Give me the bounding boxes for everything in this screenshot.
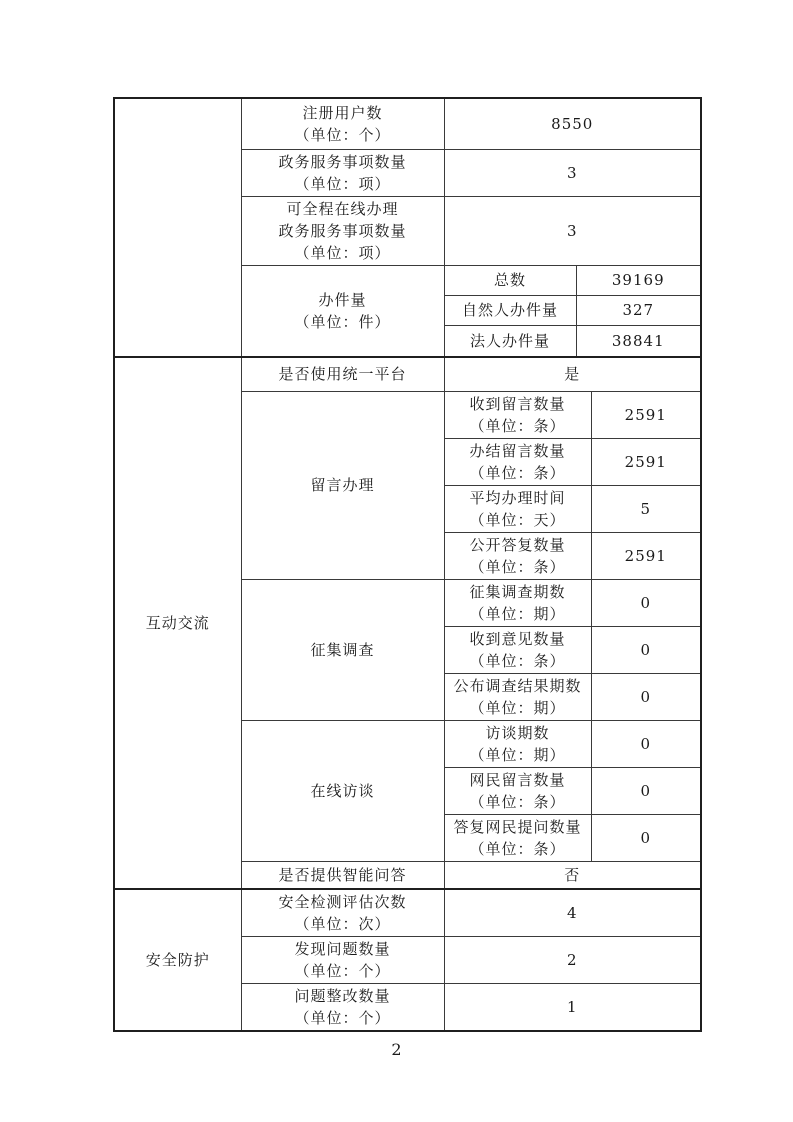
sub-value: 2591 bbox=[591, 391, 701, 438]
sub-label: 答复网民提问数量 bbox=[447, 816, 589, 838]
metric-label: 安全检测评估次数 bbox=[244, 891, 442, 913]
metric-label: 问题整改数量 bbox=[244, 985, 442, 1007]
sub-value: 2591 bbox=[591, 532, 701, 579]
sub-label: 收到留言数量 bbox=[447, 393, 589, 415]
sub-value: 0 bbox=[591, 673, 701, 720]
category-cell bbox=[114, 98, 241, 357]
category-cell: 互动交流 bbox=[114, 357, 241, 889]
metric-label-cell: 可全程在线办理 政务服务事项数量 （单位：项） bbox=[241, 196, 444, 265]
sub-label: 访谈期数 bbox=[447, 722, 589, 744]
sub-label-cell: 网民留言数量 （单位：条） bbox=[444, 767, 591, 814]
metric-label-cell: 征集调查 bbox=[241, 579, 444, 720]
sub-label: 公布调查结果期数 bbox=[447, 675, 589, 697]
metric-label: 注册用户数 bbox=[244, 102, 442, 124]
sub-unit: （单位：条） bbox=[447, 462, 589, 484]
metric-label: 发现问题数量 bbox=[244, 938, 442, 960]
metric-unit: （单位：个） bbox=[244, 124, 442, 146]
sub-value: 5 bbox=[591, 485, 701, 532]
document-page: 注册用户数 （单位：个） 8550 政务服务事项数量 （单位：项） 3 可全程在… bbox=[0, 0, 793, 1122]
metric-value: 4 bbox=[444, 889, 701, 937]
metric-label-cell: 问题整改数量 （单位：个） bbox=[241, 984, 444, 1032]
sub-label-cell: 收到意见数量 （单位：条） bbox=[444, 626, 591, 673]
sub-unit: （单位：天） bbox=[447, 509, 589, 531]
sub-unit: （单位：条） bbox=[447, 556, 589, 578]
metric-label-cell: 办件量 （单位：件） bbox=[241, 265, 444, 357]
category-cell: 安全防护 bbox=[114, 889, 241, 1031]
metric-label-line2: 政务服务事项数量 bbox=[244, 220, 442, 242]
sub-label: 收到意见数量 bbox=[447, 628, 589, 650]
metric-label: 可全程在线办理 bbox=[244, 198, 442, 220]
sub-label: 平均办理时间 bbox=[447, 487, 589, 509]
metric-value: 2 bbox=[444, 937, 701, 984]
sub-label-cell: 公开答复数量 （单位：条） bbox=[444, 532, 591, 579]
sub-unit: （单位：条） bbox=[447, 838, 589, 860]
metric-value: 是 bbox=[444, 357, 701, 391]
metric-label-cell: 在线访谈 bbox=[241, 720, 444, 861]
metric-label-cell: 是否使用统一平台 bbox=[241, 357, 444, 391]
metric-label-cell: 政务服务事项数量 （单位：项） bbox=[241, 149, 444, 196]
sub-unit: （单位：期） bbox=[447, 697, 589, 719]
metric-label-cell: 发现问题数量 （单位：个） bbox=[241, 937, 444, 984]
sub-value: 0 bbox=[591, 767, 701, 814]
metric-value: 3 bbox=[444, 196, 701, 265]
metric-unit: （单位：件） bbox=[244, 311, 442, 333]
sub-label: 征集调查期数 bbox=[447, 581, 589, 603]
sub-value: 327 bbox=[576, 295, 701, 325]
metric-label-cell: 注册用户数 （单位：个） bbox=[241, 98, 444, 149]
metric-value: 否 bbox=[444, 861, 701, 889]
sub-label: 网民留言数量 bbox=[447, 769, 589, 791]
sub-unit: （单位：期） bbox=[447, 603, 589, 625]
metric-label-cell: 留言办理 bbox=[241, 391, 444, 579]
metric-unit: （单位：个） bbox=[244, 1007, 442, 1029]
sub-value: 38841 bbox=[576, 325, 701, 357]
metric-unit: （单位：个） bbox=[244, 960, 442, 982]
sub-value: 0 bbox=[591, 814, 701, 861]
metric-unit: （单位：项） bbox=[244, 242, 442, 264]
sub-label-cell: 征集调查期数 （单位：期） bbox=[444, 579, 591, 626]
sub-unit: （单位：条） bbox=[447, 415, 589, 437]
sub-unit: （单位：条） bbox=[447, 791, 589, 813]
sub-label-cell: 平均办理时间 （单位：天） bbox=[444, 485, 591, 532]
metric-label-cell: 安全检测评估次数 （单位：次） bbox=[241, 889, 444, 937]
sub-label: 法人办件量 bbox=[444, 325, 576, 357]
sub-value: 0 bbox=[591, 626, 701, 673]
sub-label: 总数 bbox=[444, 265, 576, 295]
sub-value: 0 bbox=[591, 720, 701, 767]
metric-value: 8550 bbox=[444, 98, 701, 149]
sub-label-cell: 办结留言数量 （单位：条） bbox=[444, 438, 591, 485]
report-table: 注册用户数 （单位：个） 8550 政务服务事项数量 （单位：项） 3 可全程在… bbox=[113, 97, 702, 1032]
sub-label-cell: 答复网民提问数量 （单位：条） bbox=[444, 814, 591, 861]
sub-label-cell: 收到留言数量 （单位：条） bbox=[444, 391, 591, 438]
metric-value: 3 bbox=[444, 149, 701, 196]
metric-unit: （单位：次） bbox=[244, 913, 442, 935]
metric-unit: （单位：项） bbox=[244, 173, 442, 195]
sub-label: 公开答复数量 bbox=[447, 534, 589, 556]
page-number: 2 bbox=[0, 1040, 793, 1059]
sub-value: 0 bbox=[591, 579, 701, 626]
sub-unit: （单位：期） bbox=[447, 744, 589, 766]
sub-label-cell: 访谈期数 （单位：期） bbox=[444, 720, 591, 767]
metric-label: 政务服务事项数量 bbox=[244, 151, 442, 173]
sub-label: 自然人办件量 bbox=[444, 295, 576, 325]
metric-label: 办件量 bbox=[244, 289, 442, 311]
sub-label-cell: 公布调查结果期数 （单位：期） bbox=[444, 673, 591, 720]
sub-unit: （单位：条） bbox=[447, 650, 589, 672]
sub-value: 39169 bbox=[576, 265, 701, 295]
sub-value: 2591 bbox=[591, 438, 701, 485]
sub-label: 办结留言数量 bbox=[447, 440, 589, 462]
metric-label-cell: 是否提供智能问答 bbox=[241, 861, 444, 889]
metric-value: 1 bbox=[444, 984, 701, 1032]
